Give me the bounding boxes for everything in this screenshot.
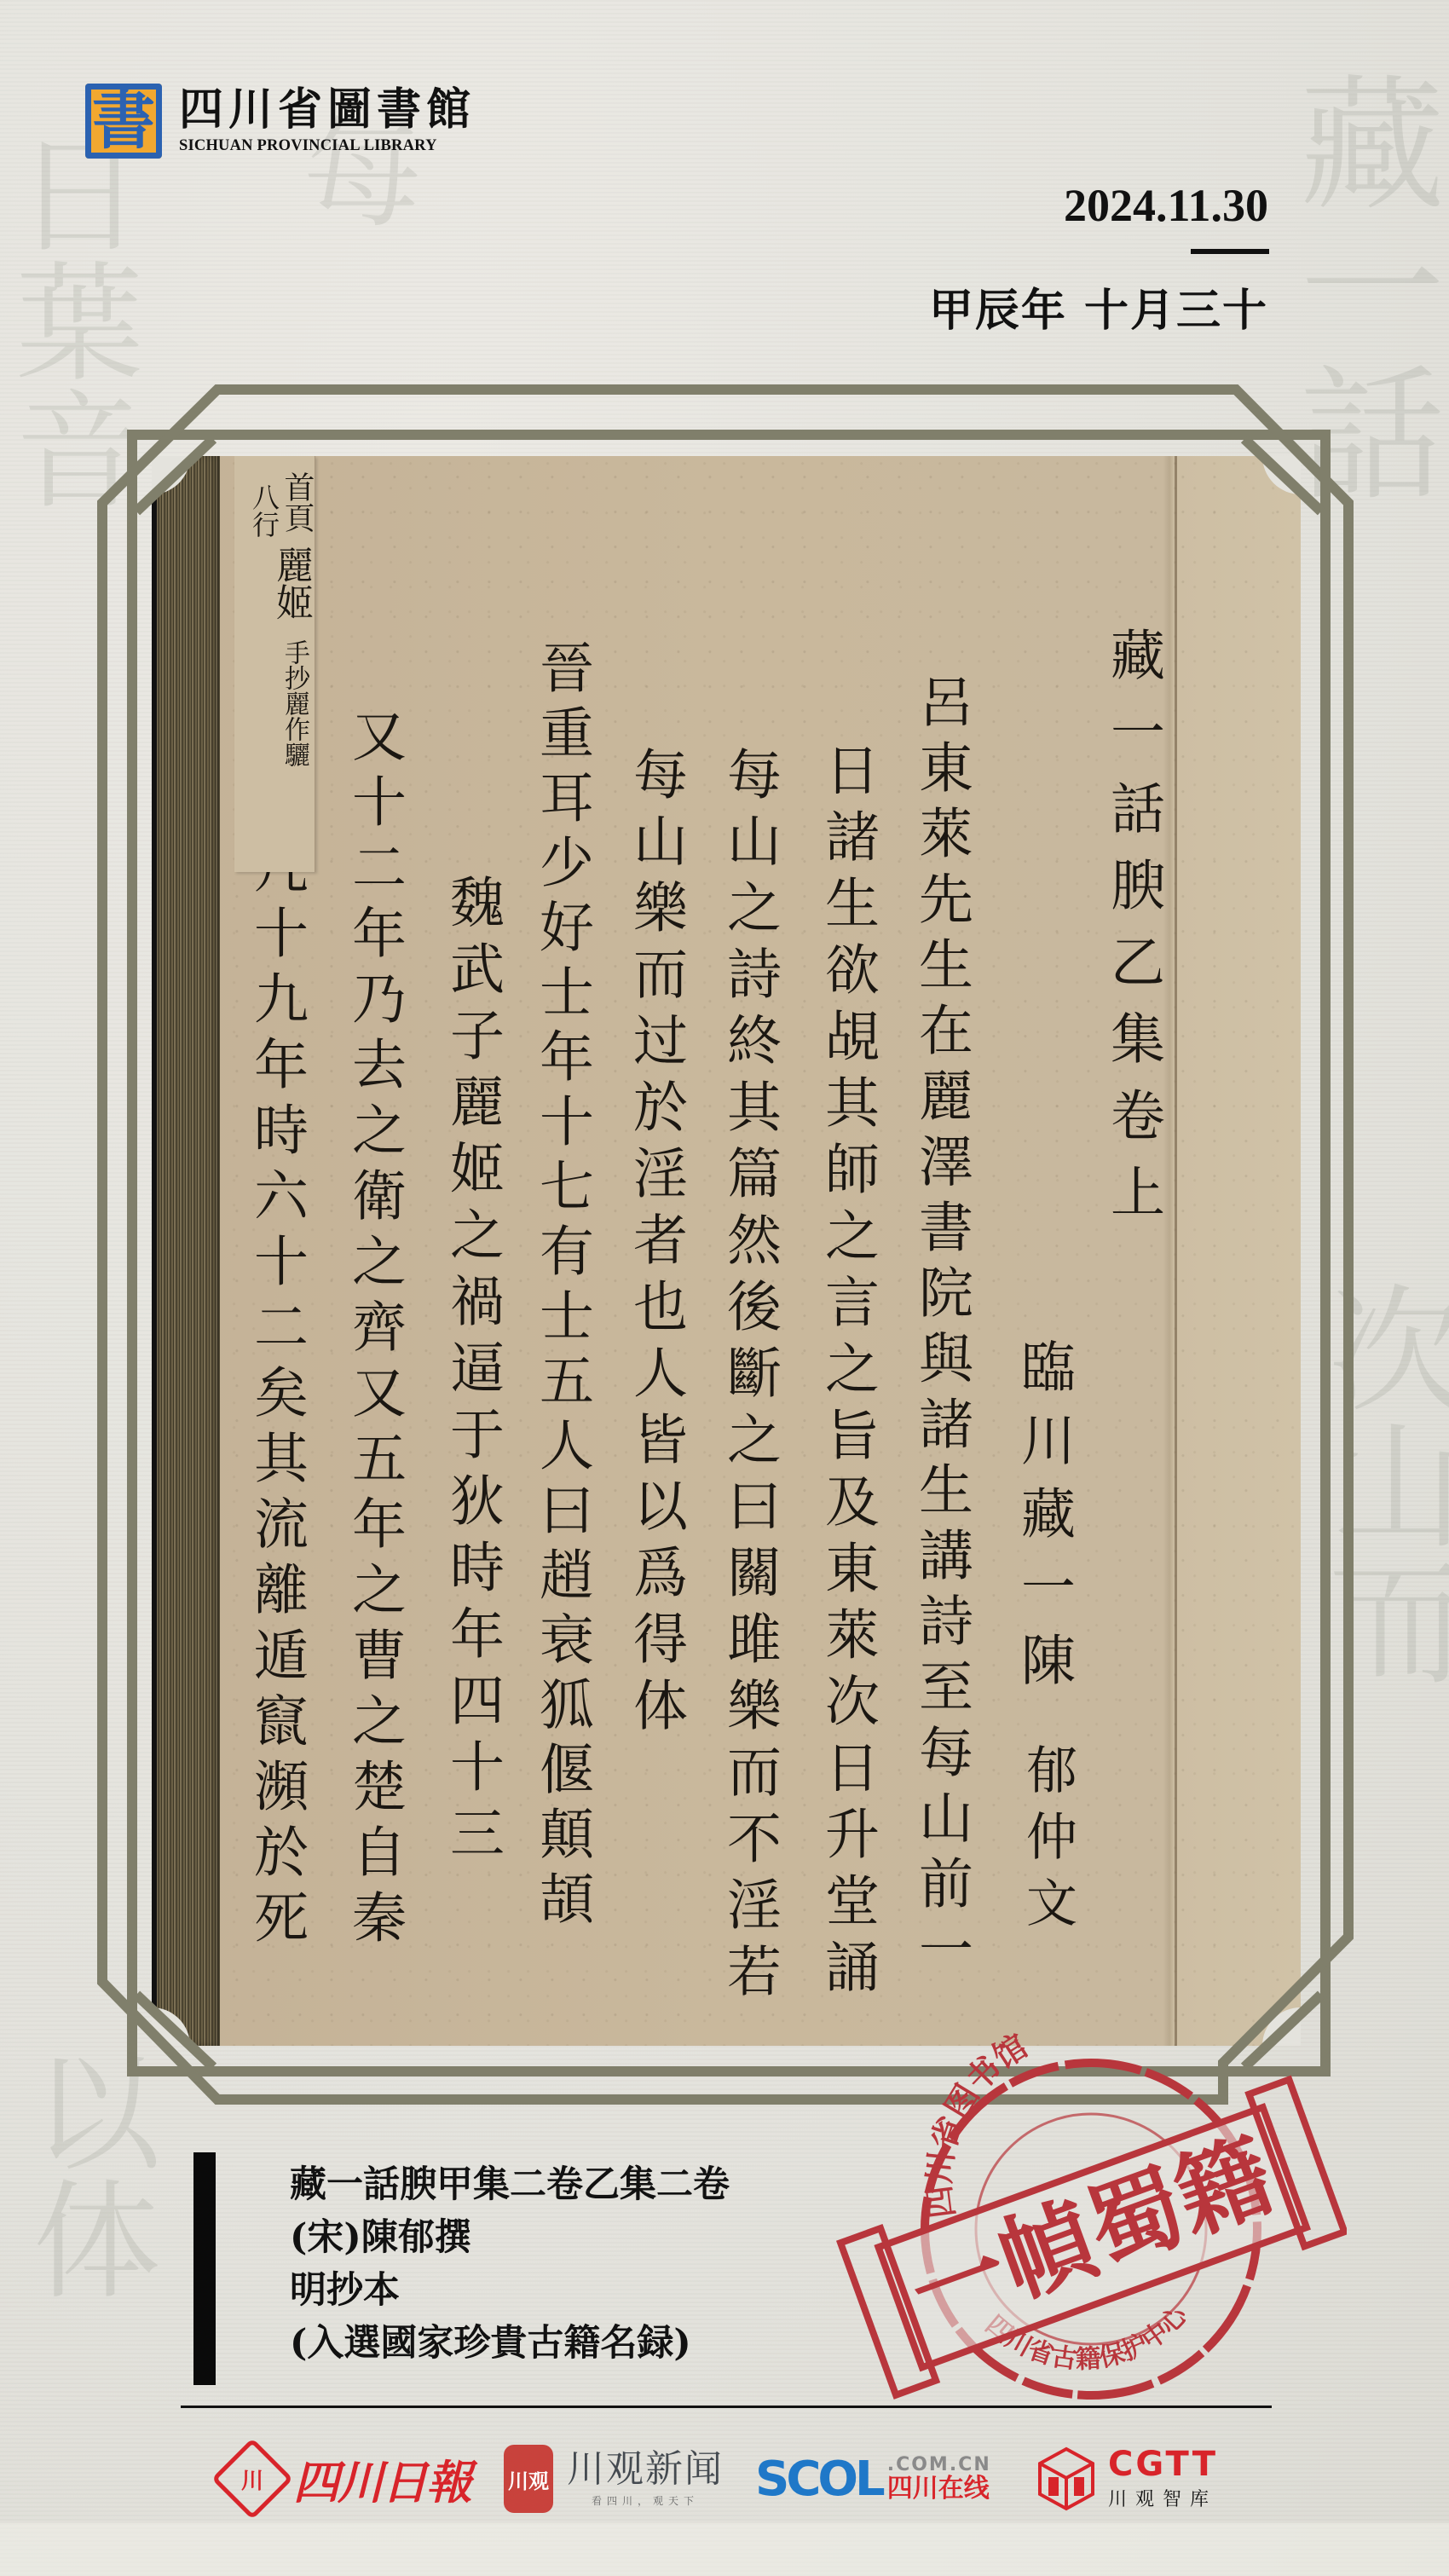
sponsor-cgtt[interactable]: CGTT 川观智库 xyxy=(1036,2445,1218,2513)
book-edition: 明抄本 xyxy=(290,2264,730,2317)
caption-accent-bar xyxy=(193,2152,216,2385)
sponsor-logos: 川 四川日報 川观 川观新闻 看四川，观天下 SCOL .COM.CN 四川在线… xyxy=(218,2445,1284,2513)
sponsor-sichuan-daily[interactable]: 川 四川日報 xyxy=(218,2445,470,2513)
book-note: (入選國家珍貴古籍名録) xyxy=(290,2317,730,2370)
cgtt-cube-icon xyxy=(1036,2446,1096,2511)
collection-stamp-icon: 四川省图书馆 四川省古籍保护中心 一幀蜀籍 xyxy=(835,2020,1347,2446)
book-title: 藏一話腴甲集二卷乙集二卷 xyxy=(290,2158,730,2211)
chuanguan-app-icon: 川观 xyxy=(504,2445,553,2513)
svg-text:四川省图书馆: 四川省图书馆 xyxy=(920,2027,1034,2221)
sponsor-scol[interactable]: SCOL .COM.CN 四川在线 xyxy=(755,2445,991,2513)
book-author: (宋)陳郁撰 xyxy=(290,2211,730,2264)
scol-logo-icon: SCOL xyxy=(755,2452,882,2507)
book-caption: 藏一話腴甲集二卷乙集二卷 (宋)陳郁撰 明抄本 (入選國家珍貴古籍名録) xyxy=(290,2158,730,2370)
stamp-top-text: 四川省图书馆 xyxy=(920,2027,1034,2221)
sichuan-daily-logo-icon: 川 xyxy=(211,2438,293,2520)
sponsor-chuanguan-news[interactable]: 川观 川观新闻 看四川，观天下 xyxy=(504,2445,724,2513)
